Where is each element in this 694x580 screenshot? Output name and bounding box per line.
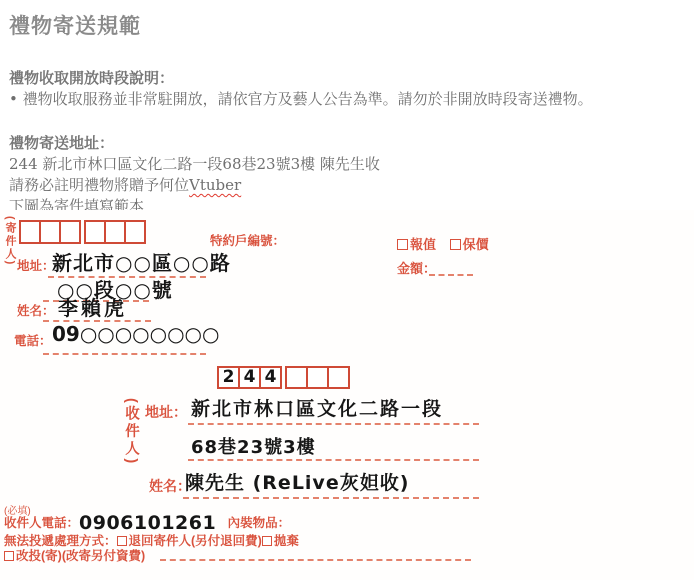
recipient-address-line1: 新北市林口區文化二路一段 xyxy=(191,394,443,421)
declared-value-label: 報值 xyxy=(410,237,436,252)
sender-address-line1: 新北市○○區○○路 xyxy=(52,247,231,276)
sender-postal-box xyxy=(59,220,81,244)
recipient-postal-digit xyxy=(285,366,308,389)
page-title: 禮物寄送規範 xyxy=(9,10,684,40)
sender-postal-box xyxy=(124,220,146,244)
discard-checkbox xyxy=(262,536,272,546)
vtuber-note-prefix: 請務必註明禮物將贈予何位 xyxy=(9,176,189,194)
recipient-address-line2: 68巷23號3樓 xyxy=(191,433,316,459)
contents-label: 內裝物品： xyxy=(228,516,291,530)
recipient-address-dash1 xyxy=(188,423,479,425)
recipient-postal-digit: 4 xyxy=(259,366,282,389)
vtuber-note-line: 請務必註明禮物將贈予何位Vtuber xyxy=(9,175,684,196)
recipient-address-dash2 xyxy=(188,459,479,461)
value-options-row: 報值 保價 xyxy=(397,234,489,253)
recipient-postal-digit xyxy=(327,366,350,389)
handling-option-redirect: 改投(寄)(改寄另付資費) xyxy=(16,549,145,563)
recipient-address-label: 地址： xyxy=(145,402,187,422)
declared-value-checkbox xyxy=(397,239,408,250)
recipient-postal-group-2 xyxy=(285,366,350,389)
redirect-checkbox xyxy=(4,551,14,561)
sender-address-label: 地址： xyxy=(17,256,55,274)
handling-option-return: 退回寄件人(另付退回費) xyxy=(129,534,262,548)
sender-postal-group-2 xyxy=(84,220,146,244)
sender-phone-value: 09○○○○○○○○ xyxy=(52,322,219,346)
recipient-postal-digit: 4 xyxy=(238,366,261,389)
recipient-postal-group-1: 2 4 4 xyxy=(217,366,282,389)
vtuber-word: Vtuber xyxy=(189,176,241,194)
shipping-address-heading: 禮物寄送地址： xyxy=(9,133,684,154)
recipient-vertical-label: (收件人) xyxy=(121,398,142,466)
sender-postal-box xyxy=(39,220,61,244)
recipient-phone-label: 收件人電話： xyxy=(4,516,79,530)
shipping-address-line: 244 新北市林口區文化二路一段68巷23號3樓 陳先生收 xyxy=(9,154,684,175)
recipient-name-dash xyxy=(183,497,479,499)
redirect-row: 改投(寄)(改寄另付資費) xyxy=(4,546,145,564)
redirect-dash-line xyxy=(160,559,471,561)
amount-dash-line xyxy=(429,274,473,276)
document-page: 禮物寄送規範 禮物收取開放時段說明： • 禮物收取服務並非常駐開放，請依官方及藝… xyxy=(0,0,694,217)
sender-phone-label: 電話： xyxy=(14,331,52,349)
sender-postal-group-1 xyxy=(19,220,81,244)
recipient-postal-code-boxes: 2 4 4 xyxy=(217,366,350,389)
sender-name-value: 李賴虎 xyxy=(58,292,127,321)
insured-label: 保價 xyxy=(463,237,489,252)
postal-form-sample-image: (寄件人) 特約戶編號： 報值 保價 金額： 地址： 新北市○○區○○路 ○○段… xyxy=(0,210,694,580)
sender-postal-box xyxy=(104,220,126,244)
recipient-postal-digit: 2 xyxy=(217,366,240,389)
open-hours-bullet: • 禮物收取服務並非常駐開放，請依官方及藝人公告為準。請勿於非開放時段寄送禮物。 xyxy=(9,89,684,110)
sender-name-label: 姓名： xyxy=(17,301,55,319)
sender-postal-box xyxy=(84,220,106,244)
sender-postal-code-boxes xyxy=(19,220,146,244)
recipient-name-value: 陳先生 (ReLive灰妲收) xyxy=(185,468,409,495)
sender-postal-box xyxy=(19,220,41,244)
open-hours-heading: 禮物收取開放時段說明： xyxy=(9,68,684,89)
handling-option-discard: 拋棄 xyxy=(274,534,299,548)
insured-checkbox xyxy=(450,239,461,250)
recipient-postal-digit xyxy=(306,366,329,389)
return-checkbox xyxy=(117,536,127,546)
sender-vertical-label: (寄件人) xyxy=(2,216,18,266)
sender-phone-dash xyxy=(43,353,206,355)
